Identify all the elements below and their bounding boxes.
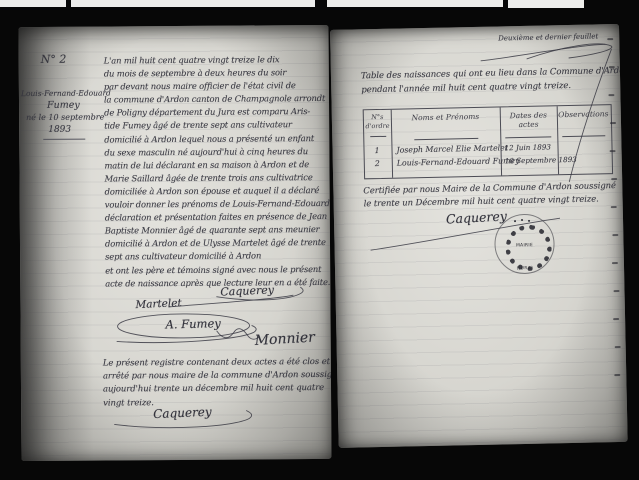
stub-mark [613,318,619,320]
table-header-names: Noms et Prénoms [391,112,500,123]
margin-surname: Fumey [47,100,80,111]
closing-statement: Le présent registre contenant deux actes… [103,357,332,411]
margin-year: 1893 [48,125,71,135]
film-edge-strip [327,0,503,7]
table-header-order: N°s d'ordre [364,113,391,131]
film-edge-strip [71,0,315,7]
act-number: N° 2 [41,53,67,66]
header-underline [505,136,551,138]
table-header-observations: Observations [557,110,610,120]
stub-mark [612,262,618,264]
act-line: acte de naissance après que lecture leur… [105,276,331,291]
table-title: Table des naissances qui ont eu lieu dan… [330,24,619,30]
stub-mark [610,122,616,124]
cell-order: 1 [374,146,379,155]
signature-fumey: A. Fumey [165,316,221,331]
stamp-ornament [521,219,523,221]
film-edge-strip [508,0,584,8]
cell-date: 10 Septembre 1893 [505,155,577,166]
signature-martelet: Martelet [135,297,182,311]
stub-mark [607,38,613,40]
right-page: Deuxième et dernier feuillet Table des n… [330,24,628,448]
stub-mark [615,346,621,348]
stub-mark [608,94,614,96]
cell-date: 12 Juin 1893 [504,142,551,152]
title-line: Table des naissances qui ont eu lieu dan… [361,66,628,82]
register-photo: N° 2 Louis-Fernand-Edouard Fumey né le 1… [0,0,639,480]
cell-name: Joseph Marcel Elie Martelet [396,143,508,154]
stub-mark [611,178,617,180]
table-header-dates: Dates des actes [500,111,557,129]
margin-birth-line: né le 10 septembre [26,112,104,122]
header-underline [414,138,478,140]
signature-caquerey-act: Caquerey [220,283,274,298]
signature-monnier: Monnier [254,329,315,349]
cell-order: 2 [375,159,380,168]
binding-stub-marks [330,24,619,30]
header-underline [370,136,386,137]
stub-mark [614,290,620,292]
births-table: N°s d'ordre Noms et Prénoms Dates des ac… [363,104,613,179]
title-line: pendant l'année mil huit cent quatre vin… [361,81,571,95]
mairie-stamp: MAIRIE (JURA) [494,213,555,274]
stub-mark [612,234,618,236]
certification-line: le trente un Décembre mil huit cent quat… [364,194,599,209]
birth-act-text: L'an mil huit cent quatre vingt treize l… [104,54,332,291]
stub-mark [610,150,616,152]
margin-year-underline [43,139,85,140]
stamp-bottom-text: (JURA) [508,265,543,271]
stub-mark [609,66,615,68]
film-edge-strip [0,0,66,7]
stub-mark [614,374,620,376]
header-underline [562,135,605,137]
signature-caquerey-certification: Caquerey [446,208,508,226]
signature-caquerey-closing: Caquerey [153,405,212,421]
corner-note: Deuxième et dernier feuillet [498,32,598,42]
margin-name-line: Louis-Fernand-Edouard [21,88,111,98]
left-page: N° 2 Louis-Fernand-Edouard Fumey né le 1… [18,25,331,461]
margin-annotation: N° 2 Louis-Fernand-Edouard Fumey né le 1… [18,25,328,27]
closing-line: vingt treize. [103,396,331,411]
stamp-center-text: MAIRIE [507,242,543,248]
stub-mark [611,206,617,208]
certification-statement: Certifiée par nous Maire de la Commune d… [330,24,619,30]
